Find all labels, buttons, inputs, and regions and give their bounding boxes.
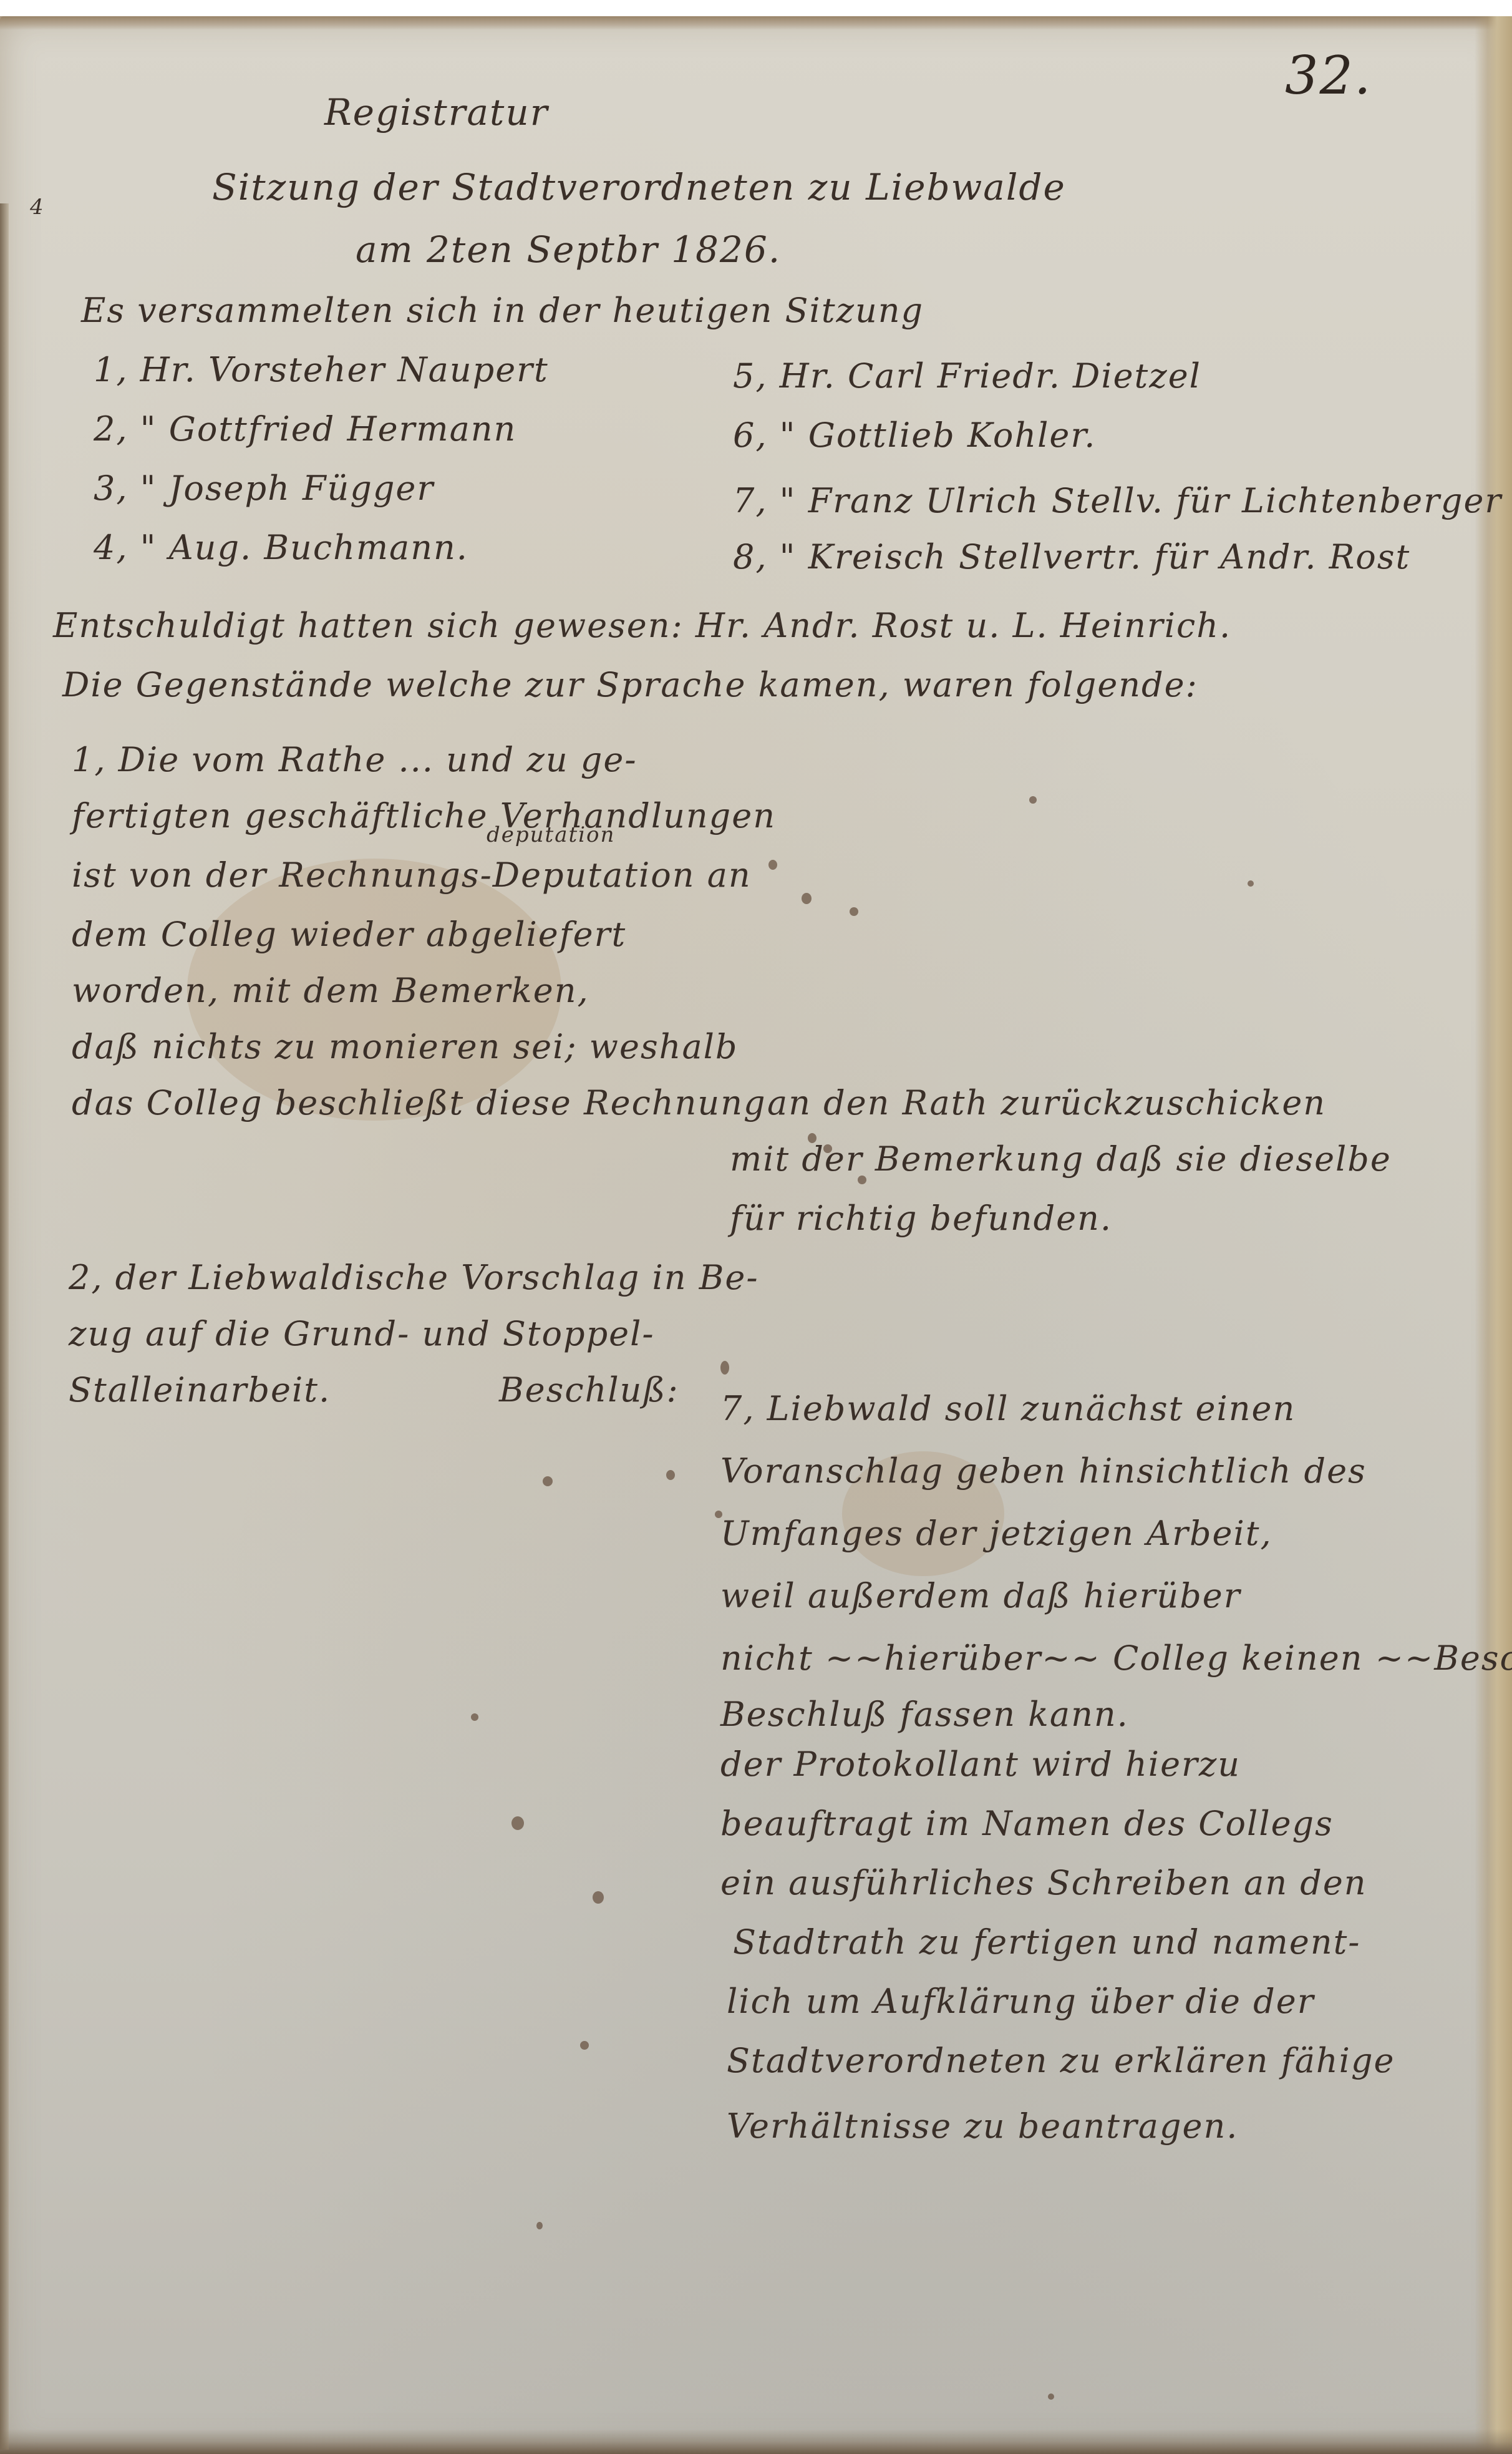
header-title: Registratur bbox=[324, 91, 548, 134]
item2-line: zug auf die Grund- und Stoppel- bbox=[69, 1314, 655, 1353]
page-number: 32. bbox=[1285, 45, 1372, 106]
topics-line: Die Gegenstände welche zur Sprache kamen… bbox=[62, 665, 1198, 704]
excused-line: Entschuldigt hatten sich gewesen: Hr. An… bbox=[53, 606, 1231, 645]
page-right-edge bbox=[1475, 16, 1512, 2454]
resolution-line: beauftragt im Namen des Collegs bbox=[720, 1804, 1334, 1843]
resolution-line: Beschluß fassen kann. bbox=[720, 1695, 1129, 1734]
resolution-line: Stadtverordneten zu erklären fähige bbox=[727, 2041, 1395, 2080]
ink-spot bbox=[1048, 2393, 1054, 2400]
header-session: Sitzung der Stadtverordneten zu Liebwald… bbox=[212, 166, 1066, 208]
attendee-3: 3, " Joseph Függer bbox=[94, 469, 434, 508]
resolution-line: 7, Liebwald soll zunächst einen bbox=[720, 1389, 1296, 1428]
margin-mark: 4 bbox=[30, 195, 45, 220]
item1-line: 1, Die vom Rathe ... und zu ge- bbox=[72, 740, 637, 779]
resolution-line: Voranschlag geben hinsichtlich des bbox=[720, 1451, 1367, 1491]
item2-resolution-label: Beschluß: bbox=[499, 1370, 679, 1410]
attendee-7: 7, " Franz Ulrich Stellv. für Lichtenber… bbox=[733, 481, 1502, 520]
attendee-5: 5, Hr. Carl Friedr. Dietzel bbox=[733, 356, 1201, 396]
item1-line: worden, mit dem Bemerken, bbox=[72, 971, 589, 1010]
manuscript-page: 32. 4 Registratur Sitzung der Stadtveror… bbox=[0, 16, 1512, 2454]
resolution-line: Stadtrath zu fertigen und nament- bbox=[733, 1922, 1361, 1962]
attendee-2: 2, " Gottfried Hermann bbox=[94, 409, 516, 449]
item1-line: fertigten geschäftliche Verhandlungen bbox=[72, 796, 776, 835]
resolution-line: weil außerdem daß hierüber bbox=[720, 1576, 1241, 1615]
attendee-4: 4, " Aug. Buchmann. bbox=[94, 528, 468, 567]
item2-line: 2, der Liebwaldische Vorschlag in Be- bbox=[69, 1258, 759, 1297]
item1-line: daß nichts zu monieren sei; weshalb bbox=[72, 1027, 738, 1066]
attendee-6: 6, " Gottlieb Kohler. bbox=[733, 416, 1096, 455]
item2-line: Stalleinarbeit. bbox=[69, 1370, 331, 1410]
item1-line: dem Colleg wieder abgeliefert bbox=[72, 915, 626, 954]
item1-continuation: für richtig befunden. bbox=[730, 1199, 1112, 1238]
header-date: am 2ten Septbr 1826. bbox=[356, 228, 781, 271]
attendee-1: 1, Hr. Vorsteher Naupert bbox=[94, 350, 549, 389]
ink-spot bbox=[593, 1891, 604, 1904]
item1-line: das Colleg beschließt diese Rechnung bbox=[72, 1083, 767, 1122]
ink-spot bbox=[802, 893, 812, 904]
ink-spot bbox=[471, 1713, 478, 1721]
page-binding-edge bbox=[0, 203, 9, 2450]
ink-spot bbox=[543, 1476, 553, 1486]
item1-continuation: mit der Bemerkung daß sie dieselbe bbox=[730, 1139, 1392, 1179]
attendee-8: 8, " Kreisch Stellvertr. für Andr. Rost bbox=[733, 537, 1410, 577]
resolution-line: lich um Aufklärung über die der bbox=[727, 1982, 1315, 2021]
ink-spot bbox=[536, 2222, 543, 2229]
resolution-line: der Protokollant wird hierzu bbox=[720, 1745, 1241, 1784]
item1-continuation: an den Rath zurückzuschicken bbox=[767, 1083, 1326, 1122]
ink-spot bbox=[1248, 880, 1254, 887]
item1-interlinear: deputation bbox=[487, 822, 615, 847]
item1-line: ist von der Rechnungs-Deputation an bbox=[72, 855, 752, 895]
ink-spot bbox=[666, 1470, 675, 1480]
resolution-line: ein ausführliches Schreiben an den bbox=[720, 1863, 1367, 1902]
ink-spot bbox=[720, 1361, 729, 1375]
page-top-edge bbox=[0, 16, 1512, 30]
ink-spot bbox=[768, 860, 777, 870]
ink-spot bbox=[580, 2041, 589, 2050]
page-bottom-edge bbox=[0, 2429, 1512, 2454]
resolution-line: Verhältnisse zu beantragen. bbox=[727, 2106, 1238, 2146]
resolution-line-struck: nicht ~~hierüber~~ Colleg keinen ~~Besch… bbox=[720, 1638, 1512, 1678]
resolution-line: Umfanges der jetzigen Arbeit, bbox=[720, 1514, 1272, 1553]
intro-line: Es versammelten sich in der heutigen Sit… bbox=[81, 291, 924, 330]
ink-spot bbox=[511, 1816, 524, 1830]
ink-spot bbox=[850, 907, 858, 916]
ink-spot bbox=[1029, 796, 1037, 804]
